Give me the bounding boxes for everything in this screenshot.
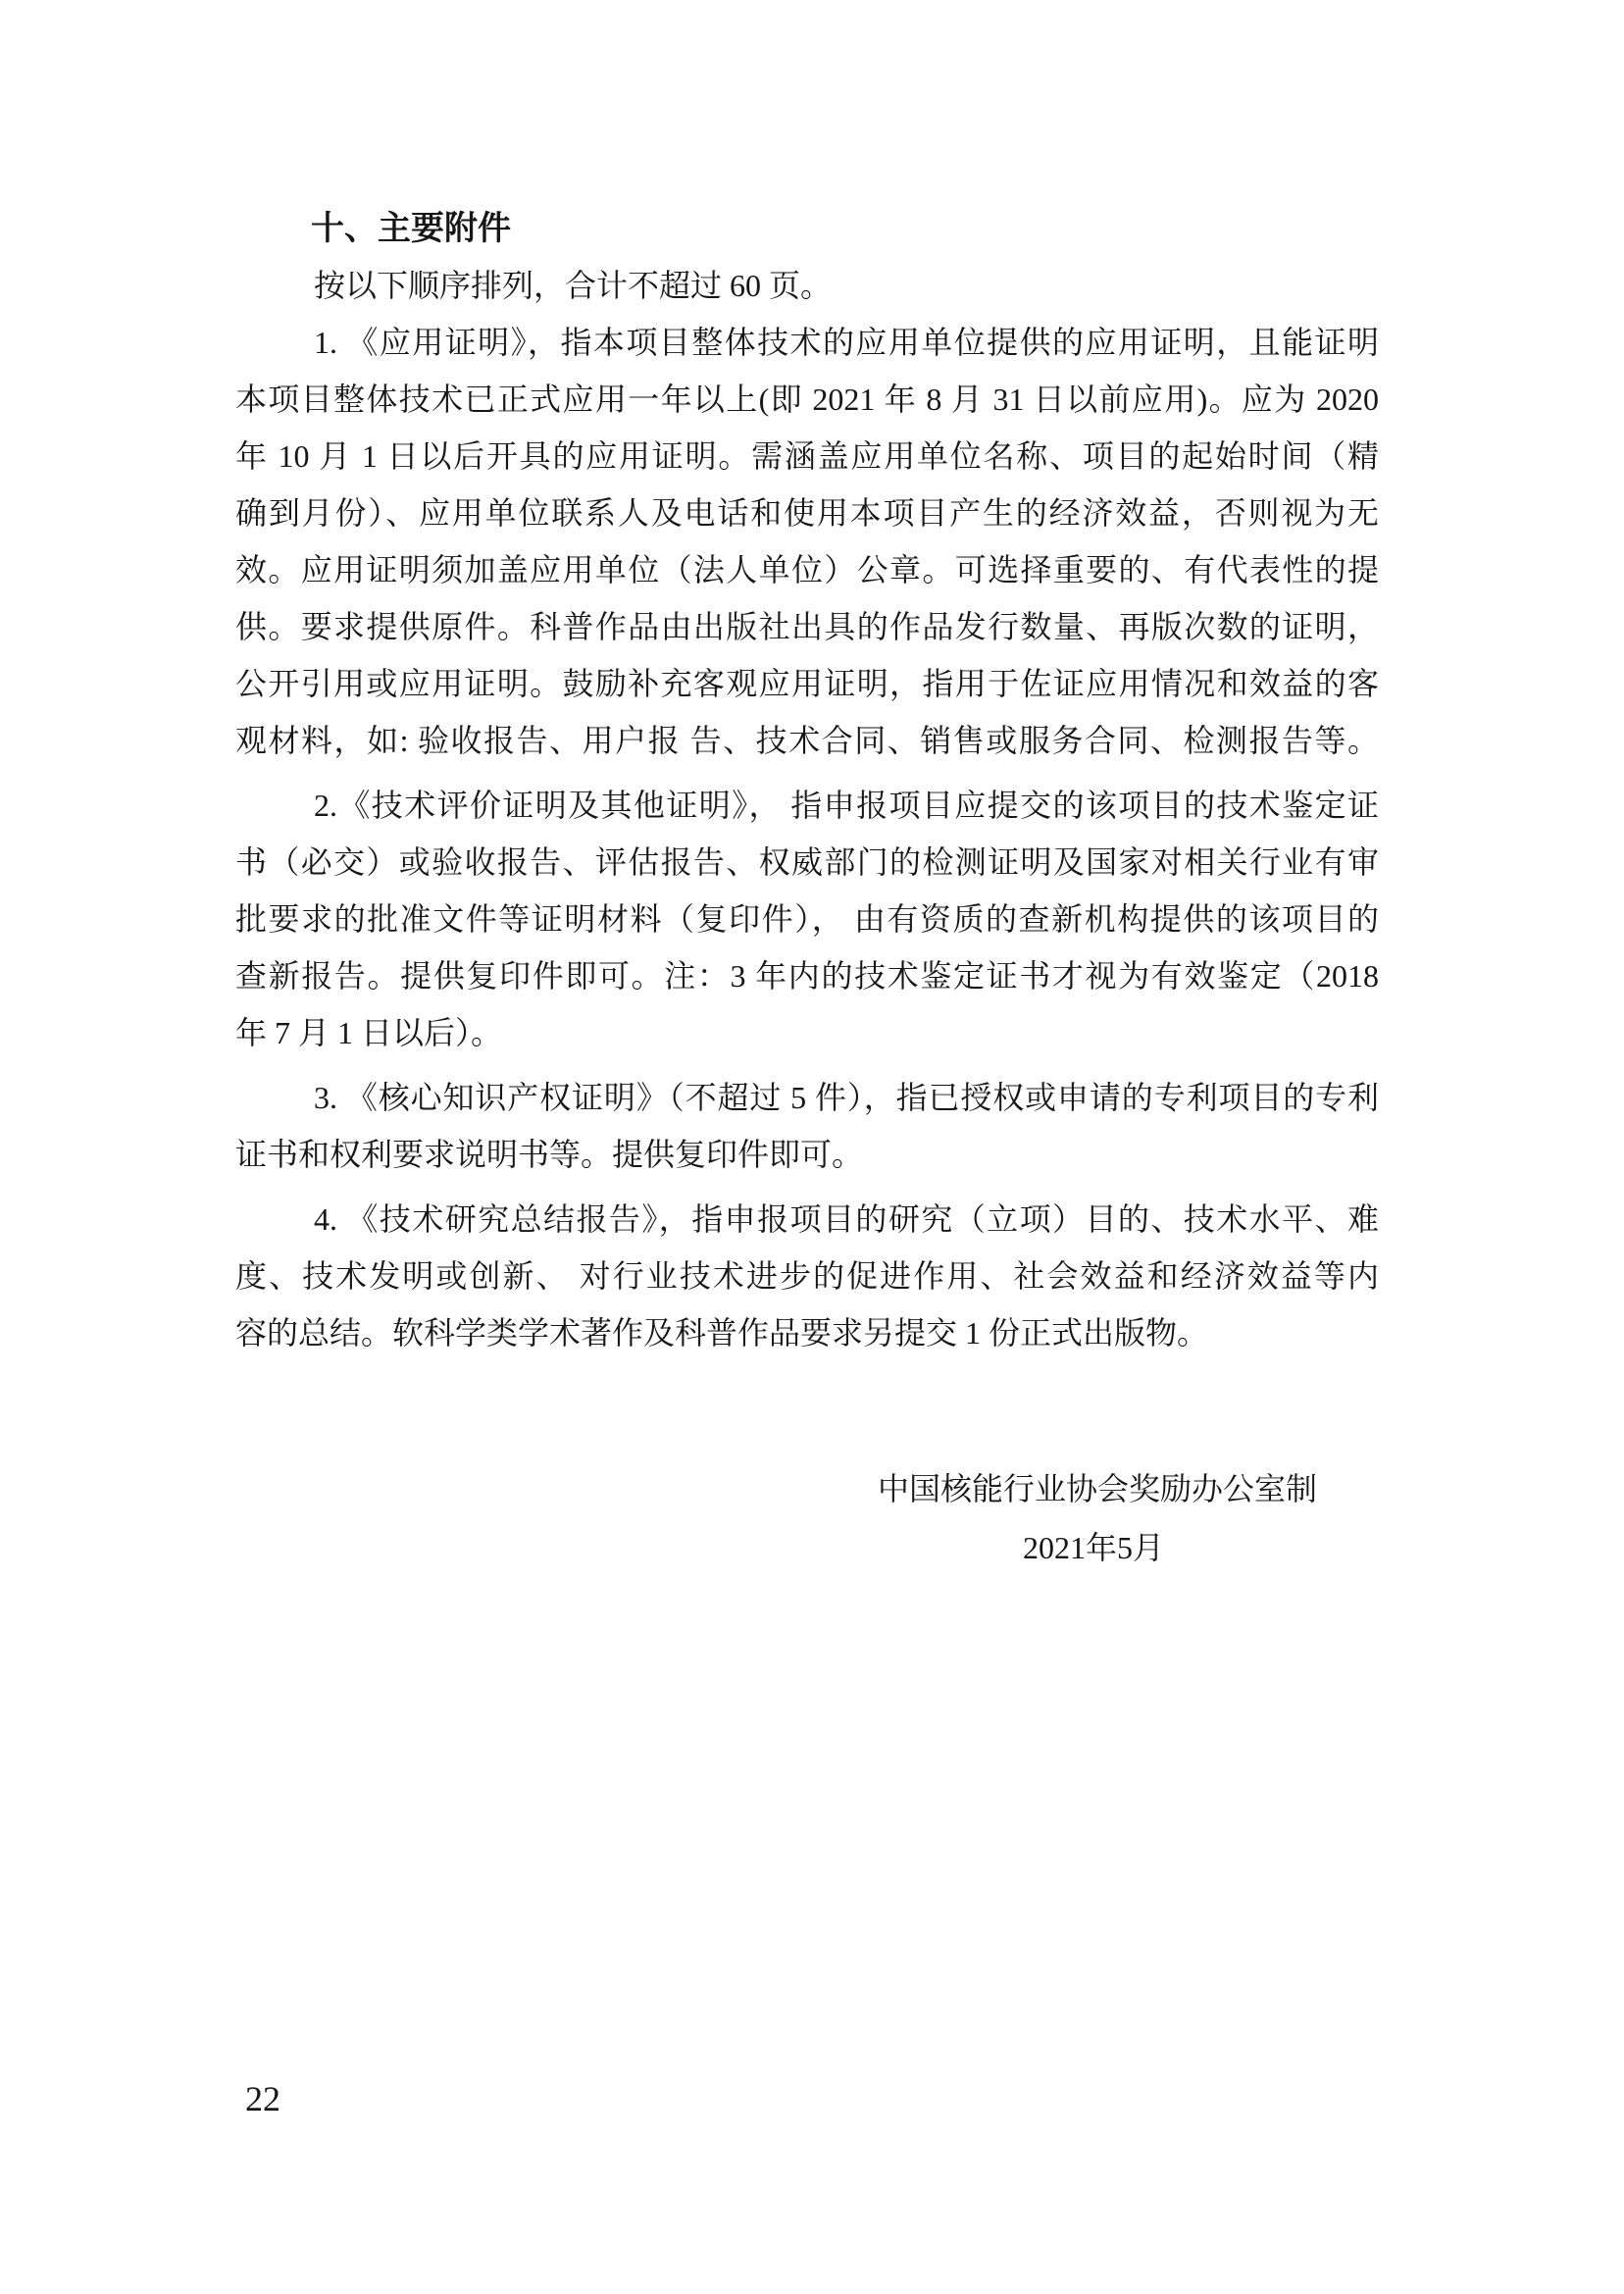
text-line: 年 10 月 1 日以后开具的应用证明。需涵盖应用单位名称、项目的起始时间（精 bbox=[235, 428, 1379, 484]
text-line: 批要求的批准文件等证明材料（复印件）， 由有资质的查新机构提供的该项目的 bbox=[235, 891, 1379, 947]
text-line: 本项目整体技术已正式应用一年以上(即 2021 年 8 月 31 日以前应用)。… bbox=[235, 371, 1379, 428]
document-page: 十、主要附件 按以下顺序排列，合计不超过 60 页。 1. 《应用证明》，指本项… bbox=[0, 0, 1624, 2294]
text-line: 1. 《应用证明》，指本项目整体技术的应用单位提供的应用证明，且能证明 bbox=[235, 314, 1379, 371]
text-line: 容的总结。软科学类学术著作及科普作品要求另提交 1 份正式出版物。 bbox=[235, 1304, 1379, 1361]
text-line: 查新报告。提供复印件即可。注：3 年内的技术鉴定证书才视为有效鉴定（2018 bbox=[235, 947, 1379, 1004]
intro-line: 按以下顺序排列，合计不超过 60 页。 bbox=[235, 257, 1379, 314]
section-heading: 十、主要附件 bbox=[235, 200, 1379, 257]
text-line: 观材料，如: 验收报告、用户报 告、技术合同、销售或服务合同、检测报告等。 bbox=[235, 712, 1379, 769]
text-line: 4. 《技术研究总结报告》，指申报项目的研究（立项）目的、技术水平、难 bbox=[235, 1191, 1379, 1248]
text-line: 书（必交）或验收报告、评估报告、权威部门的检测证明及国家对相关行业有审 bbox=[235, 834, 1379, 891]
paragraph-technical-evaluation: 2.《技术评价证明及其他证明》， 指申报项目应提交的该项目的技术鉴定证 书（必交… bbox=[235, 777, 1379, 1061]
text-line: 效。应用证明须加盖应用单位（法人单位）公章。可选择重要的、有代表性的提 bbox=[235, 541, 1379, 598]
text-line: 3. 《核心知识产权证明》（不超过 5 件），指已授权或申请的专利项目的专利 bbox=[235, 1069, 1379, 1126]
text-line: 年 7 月 1 日以后）。 bbox=[235, 1004, 1379, 1061]
footer-issuer-line: 中国核能行业协会奖励办公室制 bbox=[235, 1460, 1379, 1517]
text-line: 2.《技术评价证明及其他证明》， 指申报项目应提交的该项目的技术鉴定证 bbox=[235, 777, 1379, 834]
text-line: 供。要求提供原件。科普作品由出版社出具的作品发行数量、再版次数的证明， bbox=[235, 598, 1379, 655]
paragraph-application-certificate: 1. 《应用证明》，指本项目整体技术的应用单位提供的应用证明，且能证明 本项目整… bbox=[235, 314, 1379, 769]
page-number: 22 bbox=[245, 2079, 280, 2118]
paragraph-ip-certificate: 3. 《核心知识产权证明》（不超过 5 件），指已授权或申请的专利项目的专利 证… bbox=[235, 1069, 1379, 1183]
footer-date-line: 2021年5月 bbox=[235, 1519, 1379, 1576]
text-line: 公开引用或应用证明。鼓励补充客观应用证明，指用于佐证应用情况和效益的客 bbox=[235, 655, 1379, 712]
text-line: 度、技术发明或创新、 对行业技术进步的促进作用、社会效益和经济效益等内 bbox=[235, 1248, 1379, 1304]
document-footer: 中国核能行业协会奖励办公室制 2021年5月 bbox=[235, 1460, 1379, 1576]
paragraph-research-summary: 4. 《技术研究总结报告》，指申报项目的研究（立项）目的、技术水平、难 度、技术… bbox=[235, 1191, 1379, 1361]
text-line: 证书和权利要求说明书等。提供复印件即可。 bbox=[235, 1126, 1379, 1183]
text-line: 确到月份）、应用单位联系人及电话和使用本项目产生的经济效益，否则视为无 bbox=[235, 484, 1379, 541]
